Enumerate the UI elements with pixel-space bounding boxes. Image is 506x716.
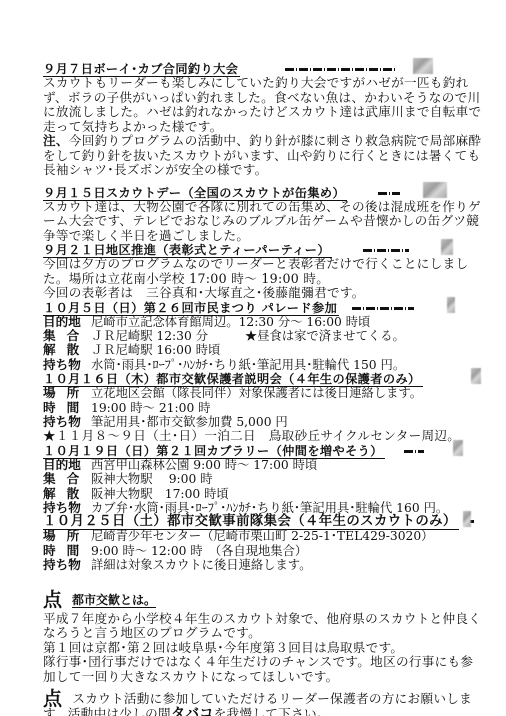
row-value: 阪神大物駅 17:00 時頃	[91, 487, 483, 501]
point-section-toshi-koukan: 点都市交歓とは。	[43, 585, 483, 612]
point-marker: 点	[43, 589, 62, 611]
row-label: 集合	[43, 329, 91, 343]
row-value: 水筒･雨具･ﾛｰﾌﾟ･ﾊﾝｶﾁ･ちり紙･筆記用具･駐輪代 150 円。	[91, 358, 483, 372]
row-value: 尼崎市立記念体育館周辺。12:30 分～ 16:00 時頃	[91, 315, 483, 329]
paragraph: 今回の表彰者は 三谷真和･大塚直之･後藤龍彌君です。	[43, 286, 483, 301]
paragraph: 第１回は京都･第２回は岐阜県･今年度第３回目は鳥取県です。	[43, 641, 483, 656]
thumbnail-photo-icon	[413, 58, 433, 74]
row-label: 持ち物	[43, 415, 91, 429]
row-label: 解散	[43, 487, 91, 501]
detail-row: 目的地尼崎市立記念体育館周辺。12:30 分～ 16:00 時頃	[43, 315, 483, 329]
detail-row: 持ち物筆記用具･都市交歓参加費 5,000 円	[43, 415, 483, 429]
row-value: 尼崎青少年センター（尼崎市栗山町 2-25-1･TEL429-3020）	[91, 529, 483, 543]
row-label: 集合	[43, 472, 91, 486]
note-text: 今回釣りプログラムの活動中、釣り針が膝に刺さり救急病院で局部麻酔をして釣り針を抜…	[43, 133, 481, 177]
section-heading-awards: ９月２１日地区推進（表彰式とティーパーティー）	[43, 243, 483, 257]
note-label: 注、	[43, 133, 69, 148]
row-value: 筆記用具･都市交歓参加費 5,000 円	[91, 415, 483, 429]
row-value: ＪＲ尼崎駅 16:00 時頃	[91, 343, 483, 357]
newsletter-page: ９月７日ボーイ･カブ合同釣り大会 スカウトもリーダーも楽しみにしていた釣り大会で…	[43, 62, 483, 716]
row-label: 時間	[43, 544, 91, 558]
detail-row: 集合ＪＲ尼崎駅 12:30 分 ★昼食は家で済ませてくる。	[43, 329, 483, 343]
request-text-end: を我慢して下さい。	[214, 706, 330, 716]
dashed-rule-icon	[363, 249, 409, 252]
point-section-no-smoking: 点スカウト活動に参加していただけるリーダー保護者の方にお願いします、活動中は少し…	[43, 692, 483, 716]
detail-row: 場所尼崎青少年センター（尼崎市栗山町 2-25-1･TEL429-3020）	[43, 529, 483, 543]
detail-row: 集合阪神大物駅 9:00 時	[43, 472, 483, 486]
detail-row: 持ち物水筒･雨具･ﾛｰﾌﾟ･ﾊﾝｶﾁ･ちり紙･筆記用具･駐輪代 150 円。	[43, 358, 483, 372]
row-value: 西宮甲山森林公園 9:00 時～ 17:00 時頃	[91, 458, 483, 472]
dashed-rule-icon	[404, 450, 424, 453]
row-label: 持ち物	[43, 358, 91, 372]
row-label: 解散	[43, 343, 91, 357]
row-value: ＪＲ尼崎駅 12:30 分 ★昼食は家で済ませてくる。	[91, 329, 483, 343]
paragraph: 平成７年度から小学校４年生のスカウト対象で、他府県のスカウトと仲良くなろうと言う…	[43, 612, 483, 641]
row-label: 目的地	[43, 458, 91, 472]
detail-row: 場所立花地区会館（隊長同伴）対象保護者には後日連絡します。	[43, 386, 483, 400]
heading-text: ９月７日ボーイ･カブ合同釣り大会	[43, 62, 240, 77]
thumbnail-photo-icon	[471, 368, 481, 384]
detail-row: 時間9:00 時～ 12:00 時 （各自現地集合）	[43, 544, 483, 558]
note-paragraph: 注、今回釣りプログラムの活動中、釣り針が膝に刺さり救急病院で局部麻酔をして釣り針…	[43, 134, 483, 178]
point-title: 都市交歓とは。	[72, 593, 156, 608]
section-heading-parents-meeting: １０月１６日（木）都市交歓保護者説明会（４年生の保護者のみ）	[43, 372, 483, 386]
paragraph: 今回は夕方のプログラムなのでリーダーと表彰者だけで行くことにしました。場所は立花…	[43, 257, 483, 286]
section-heading-pre-meeting: １０月２５日（土）都市交歓事前隊集会（４年生のスカウトのみ）	[43, 515, 483, 529]
heading-text: １０月１９日（日）第２１回カブラリー（仲間を増やそう）	[43, 444, 385, 459]
detail-row: 持ち物詳細は対象スカウトに後日連絡します。	[43, 558, 483, 572]
thumbnail-photo-icon	[441, 239, 453, 255]
row-label: 目的地	[43, 315, 91, 329]
thumbnail-photo-icon	[463, 511, 471, 527]
heading-text: １０月１６日（木）都市交歓保護者説明会（４年生の保護者のみ）	[43, 372, 423, 387]
thumbnail-photo-icon	[447, 297, 455, 313]
heading-text: １０月２５日（土）都市交歓事前隊集会（４年生のスカウトのみ）	[43, 514, 459, 530]
paragraph: スカウトもリーダーも楽しみにしていた釣り大会ですがハゼが一匹も釣れず、ボラの子供…	[43, 76, 483, 134]
dashed-rule-icon	[378, 192, 400, 195]
thumbnail-photo-icon	[453, 440, 463, 456]
dashed-rule-icon	[352, 307, 414, 310]
row-label: 時間	[43, 401, 91, 415]
row-value: 19:00 時～ 21:00 時	[91, 401, 483, 415]
footnote-camp: ★１１月８～９日（土･日）一泊二日 鳥取砂丘サイクルセンター周辺。	[43, 429, 483, 444]
detail-row: 解散ＪＲ尼崎駅 16:00 時頃	[43, 343, 483, 357]
section-heading-cub-rally: １０月１９日（日）第２１回カブラリー（仲間を増やそう）	[43, 444, 483, 458]
heading-text: ９月１５日スカウトデー（全国のスカウトが缶集め）	[43, 186, 347, 201]
detail-row: 時間19:00 時～ 21:00 時	[43, 401, 483, 415]
row-label: 持ち物	[43, 558, 91, 572]
row-value: 立花地区会館（隊長同伴）対象保護者には後日連絡します。	[91, 386, 483, 400]
thumbnail-photo-icon	[423, 182, 447, 198]
paragraph: スカウト達は、大物公園で各隊に別れての缶集め、その後は混成班を作りゲーム大会です…	[43, 200, 483, 244]
section-heading-parade: １０月５日（日）第２６回市民まつり パレード参加	[43, 301, 483, 315]
tobacco-emphasis: タバコ	[171, 706, 214, 716]
detail-row: 解散阪神大物駅 17:00 時頃	[43, 487, 483, 501]
row-value: 9:00 時～ 12:00 時 （各自現地集合）	[91, 544, 483, 558]
section-heading-scout-day: ９月１５日スカウトデー（全国のスカウトが缶集め）	[43, 186, 483, 200]
paragraph: 隊行事･団行事だけではなく４年生だけのチャンスです。地区の行事にも参加して一回り…	[43, 655, 483, 684]
detail-row: 目的地西宮甲山森林公園 9:00 時～ 17:00 時頃	[43, 458, 483, 472]
row-label: 場所	[43, 529, 91, 543]
row-label: 場所	[43, 386, 91, 400]
heading-text: １０月５日（日）第２６回市民まつり パレード参加	[43, 301, 339, 316]
heading-text: ９月２１日地区推進（表彰式とティーパーティー）	[43, 243, 332, 258]
row-value: 詳細は対象スカウトに後日連絡します。	[91, 558, 483, 572]
row-value: 阪神大物駅 9:00 時	[91, 472, 483, 486]
dashed-rule-icon	[285, 68, 395, 71]
section-heading-fishing: ９月７日ボーイ･カブ合同釣り大会	[43, 62, 483, 76]
